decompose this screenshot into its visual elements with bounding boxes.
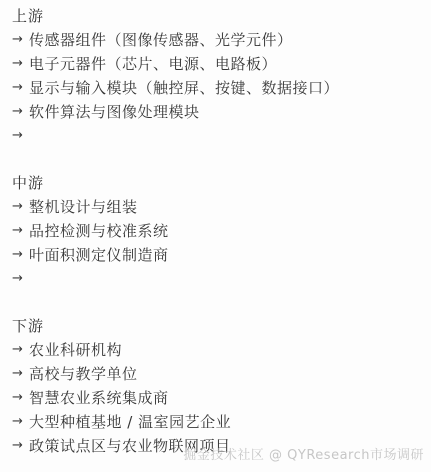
arrow-icon: →	[12, 28, 27, 52]
list-item: → 智慧农业系统集成商	[12, 386, 419, 410]
item-text: 整机设计与组装	[29, 195, 138, 219]
item-text: 传感器组件（图像传感器、光学元件）	[29, 28, 293, 52]
list-item: → 软件算法与图像处理模块	[12, 100, 419, 124]
section-title-midstream: 中游	[12, 171, 419, 195]
list-item-empty: →	[12, 124, 419, 148]
watermark: 掘金技术社区 @ QYResearch市场调研	[183, 444, 424, 463]
item-text: 大型种植基地 / 温室园艺企业	[29, 410, 231, 434]
arrow-icon: →	[12, 434, 27, 458]
arrow-icon: →	[12, 386, 27, 410]
arrow-icon: →	[12, 338, 27, 362]
list-item: → 大型种植基地 / 温室园艺企业	[12, 410, 419, 434]
item-text: 高校与教学单位	[29, 362, 138, 386]
section-upstream: 上游 → 传感器组件（图像传感器、光学元件） → 电子元器件（芯片、电源、电路板…	[12, 4, 419, 148]
section-title-downstream: 下游	[12, 314, 419, 338]
arrow-icon: →	[12, 100, 27, 124]
item-text: 显示与输入模块（触控屏、按键、数据接口）	[29, 76, 339, 100]
item-text: 软件算法与图像处理模块	[29, 100, 200, 124]
list-item: → 整机设计与组装	[12, 195, 419, 219]
arrow-icon: →	[12, 195, 27, 219]
list-item: → 高校与教学单位	[12, 362, 419, 386]
arrow-icon: →	[12, 124, 27, 148]
item-text: 品控检测与校准系统	[29, 219, 169, 243]
section-title-upstream: 上游	[12, 4, 419, 28]
list-item: → 电子元器件（芯片、电源、电路板）	[12, 52, 419, 76]
arrow-icon: →	[12, 76, 27, 100]
item-text: 叶面积测定仪制造商	[29, 243, 169, 267]
item-text: 电子元器件（芯片、电源、电路板）	[29, 52, 277, 76]
list-item: → 传感器组件（图像传感器、光学元件）	[12, 28, 419, 52]
section-downstream: 下游 → 农业科研机构 → 高校与教学单位 → 智慧农业系统集成商 → 大型种植…	[12, 314, 419, 458]
item-text: 智慧农业系统集成商	[29, 386, 169, 410]
arrow-icon: →	[12, 219, 27, 243]
list-item: → 品控检测与校准系统	[12, 219, 419, 243]
arrow-icon: →	[12, 267, 27, 291]
section-midstream: 中游 → 整机设计与组装 → 品控检测与校准系统 → 叶面积测定仪制造商 →	[12, 171, 419, 291]
list-item: → 显示与输入模块（触控屏、按键、数据接口）	[12, 76, 419, 100]
industry-chain-page: 上游 → 传感器组件（图像传感器、光学元件） → 电子元器件（芯片、电源、电路板…	[0, 0, 431, 458]
item-text: 农业科研机构	[29, 338, 122, 362]
arrow-icon: →	[12, 243, 27, 267]
list-item: → 农业科研机构	[12, 338, 419, 362]
list-item: → 叶面积测定仪制造商	[12, 243, 419, 267]
arrow-icon: →	[12, 52, 27, 76]
list-item-empty: →	[12, 267, 419, 291]
arrow-icon: →	[12, 410, 27, 434]
arrow-icon: →	[12, 362, 27, 386]
